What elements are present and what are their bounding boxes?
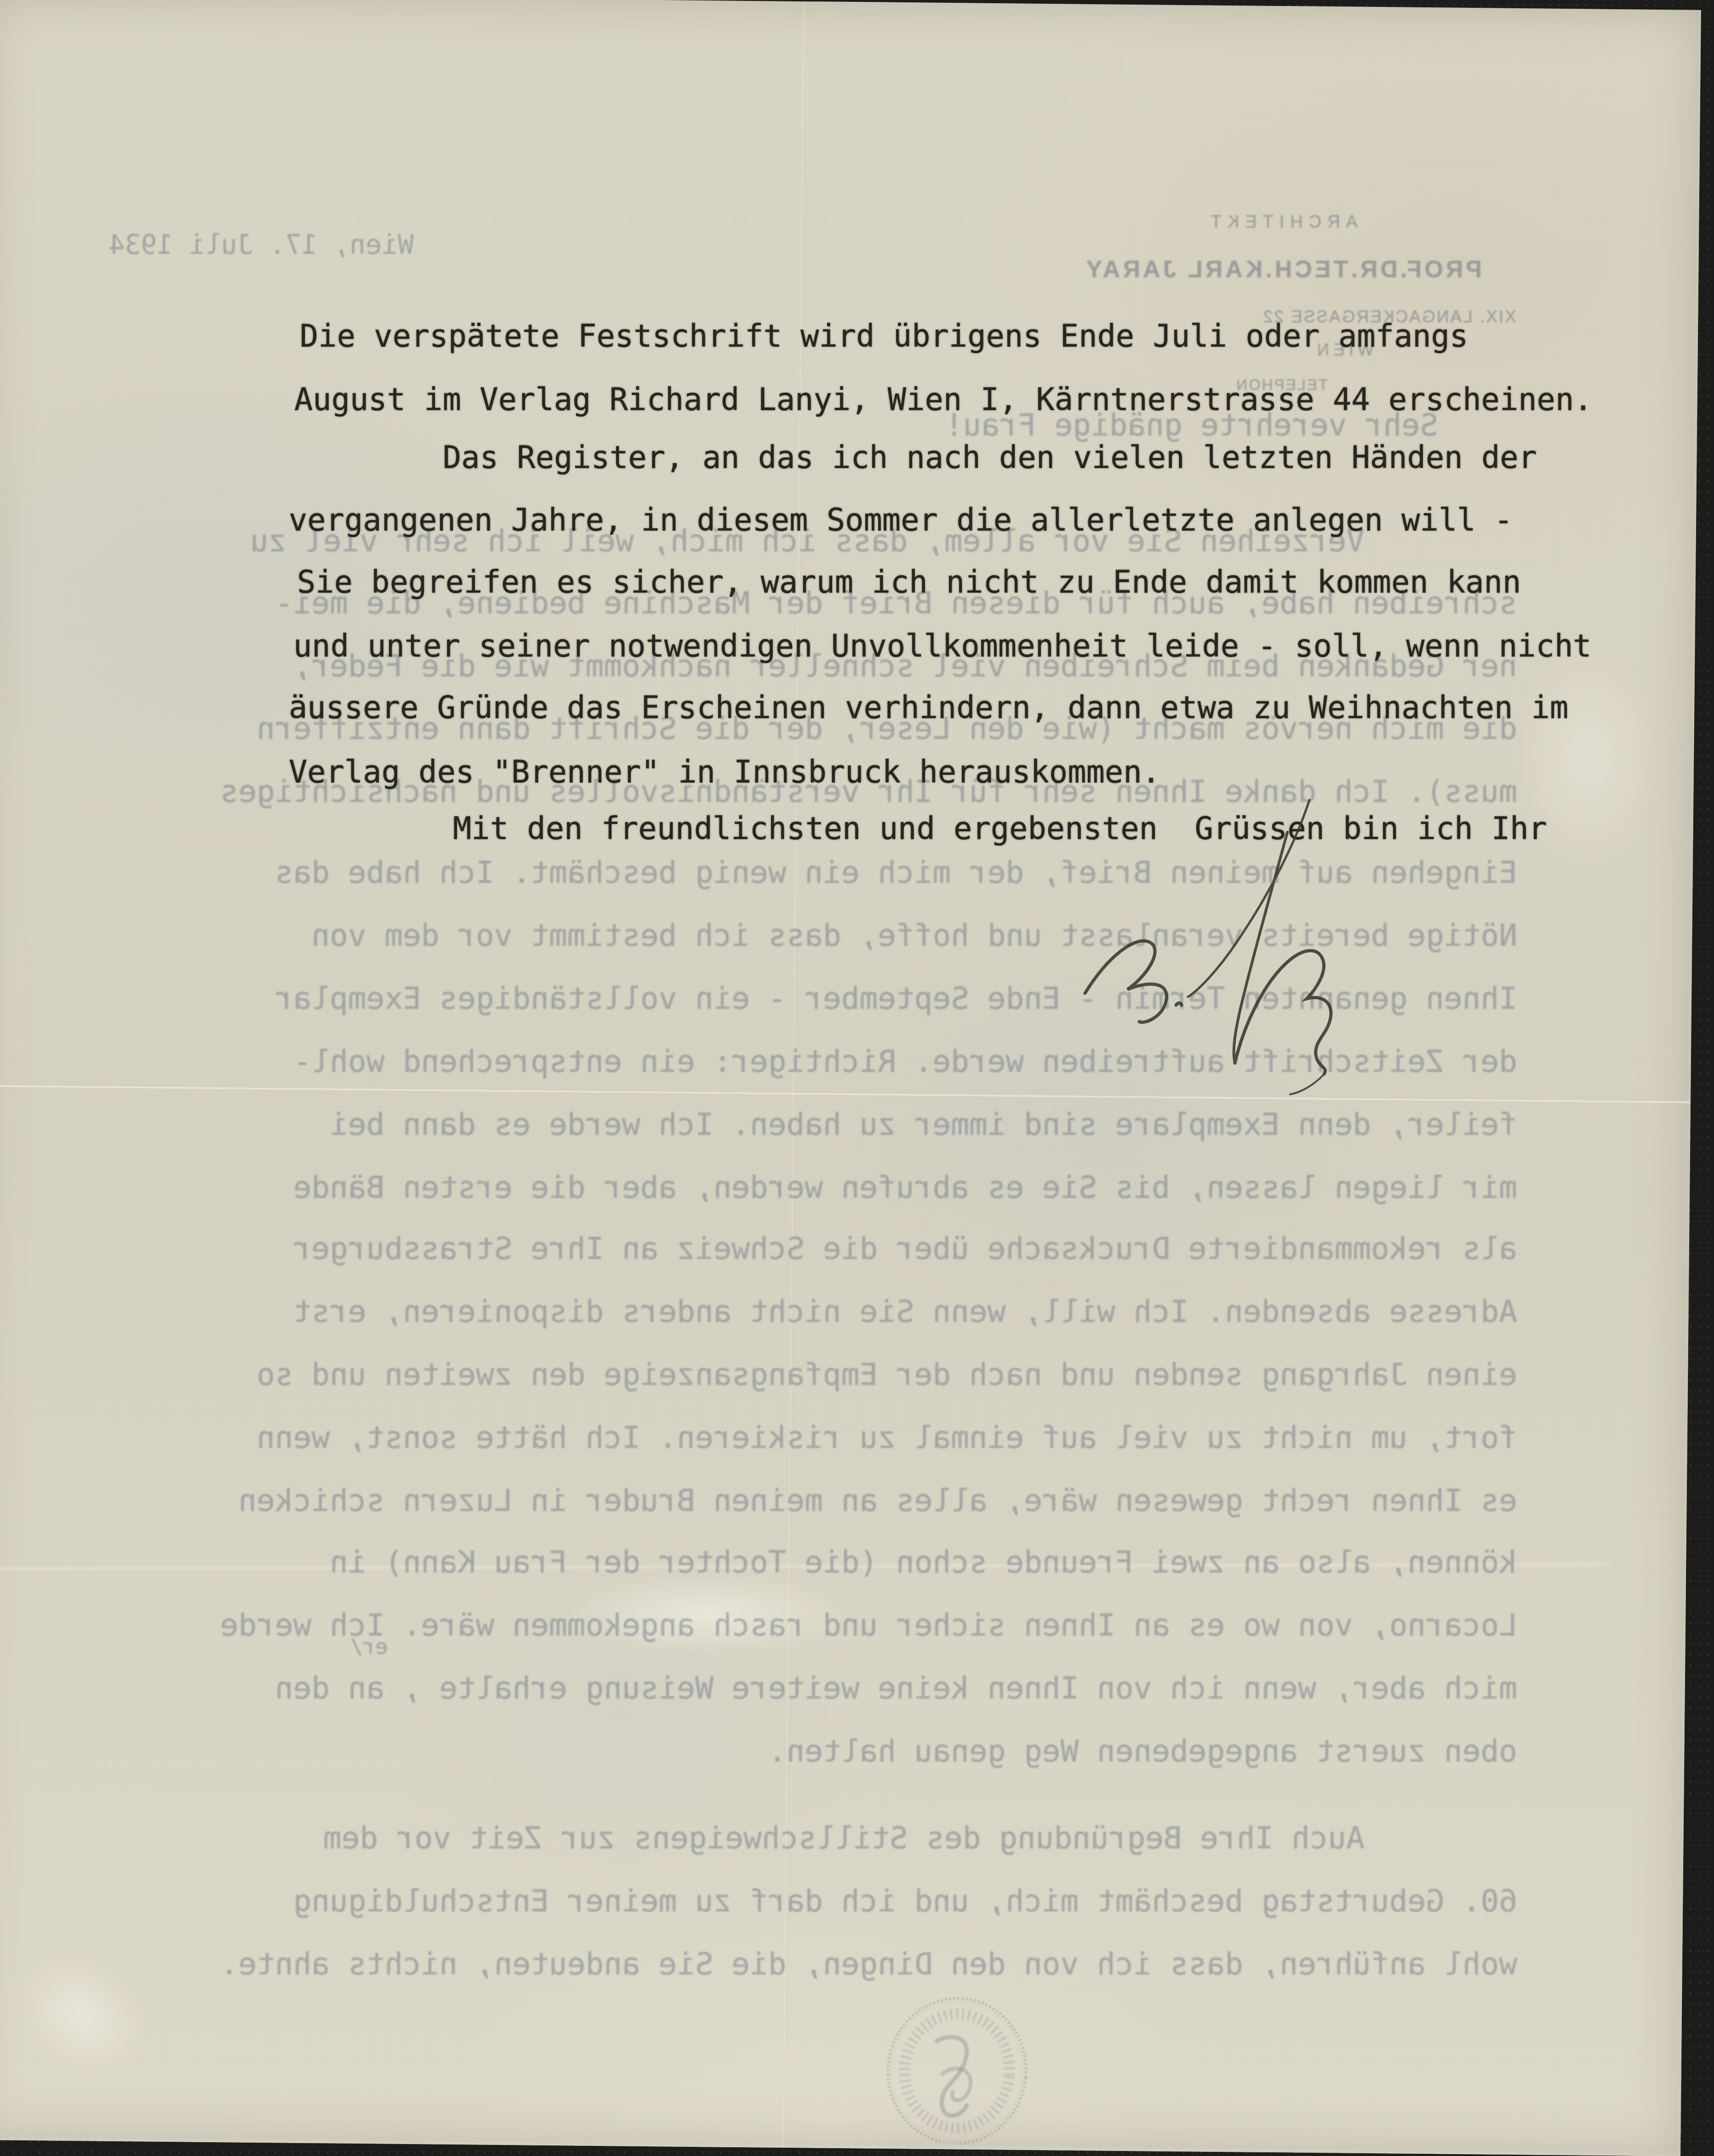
typed-text-layer: Die verspätete Festschrift wird übrigens… [0,0,1714,2156]
typed-line: vergangenen Jahre, in diesem Sommer die … [289,505,1513,536]
typed-line: August im Verlag Richard Lanyi, Wien I, … [294,384,1593,415]
typed-line: Verlag des "Brenner" in Innsbruck heraus… [289,757,1160,788]
scanned-letter-page: ARCHITEKT PROF.DR.TECH.KARL JARAY XIX. L… [0,0,1714,2156]
typed-line: Das Register, an das ich nach den vielen… [443,442,1537,473]
typed-line: und unter seiner notwendigen Unvollkomme… [293,631,1592,662]
ink-stamp [870,1986,1045,2152]
typed-line: Sie begreifen es sicher, warum ich nicht… [297,567,1521,598]
typed-line: Die verspätete Festschrift wird übrigens… [300,321,1468,352]
typed-line: äussere Gründe das Erscheinen verhindern… [289,692,1568,723]
handwritten-signature [1030,800,1490,1076]
